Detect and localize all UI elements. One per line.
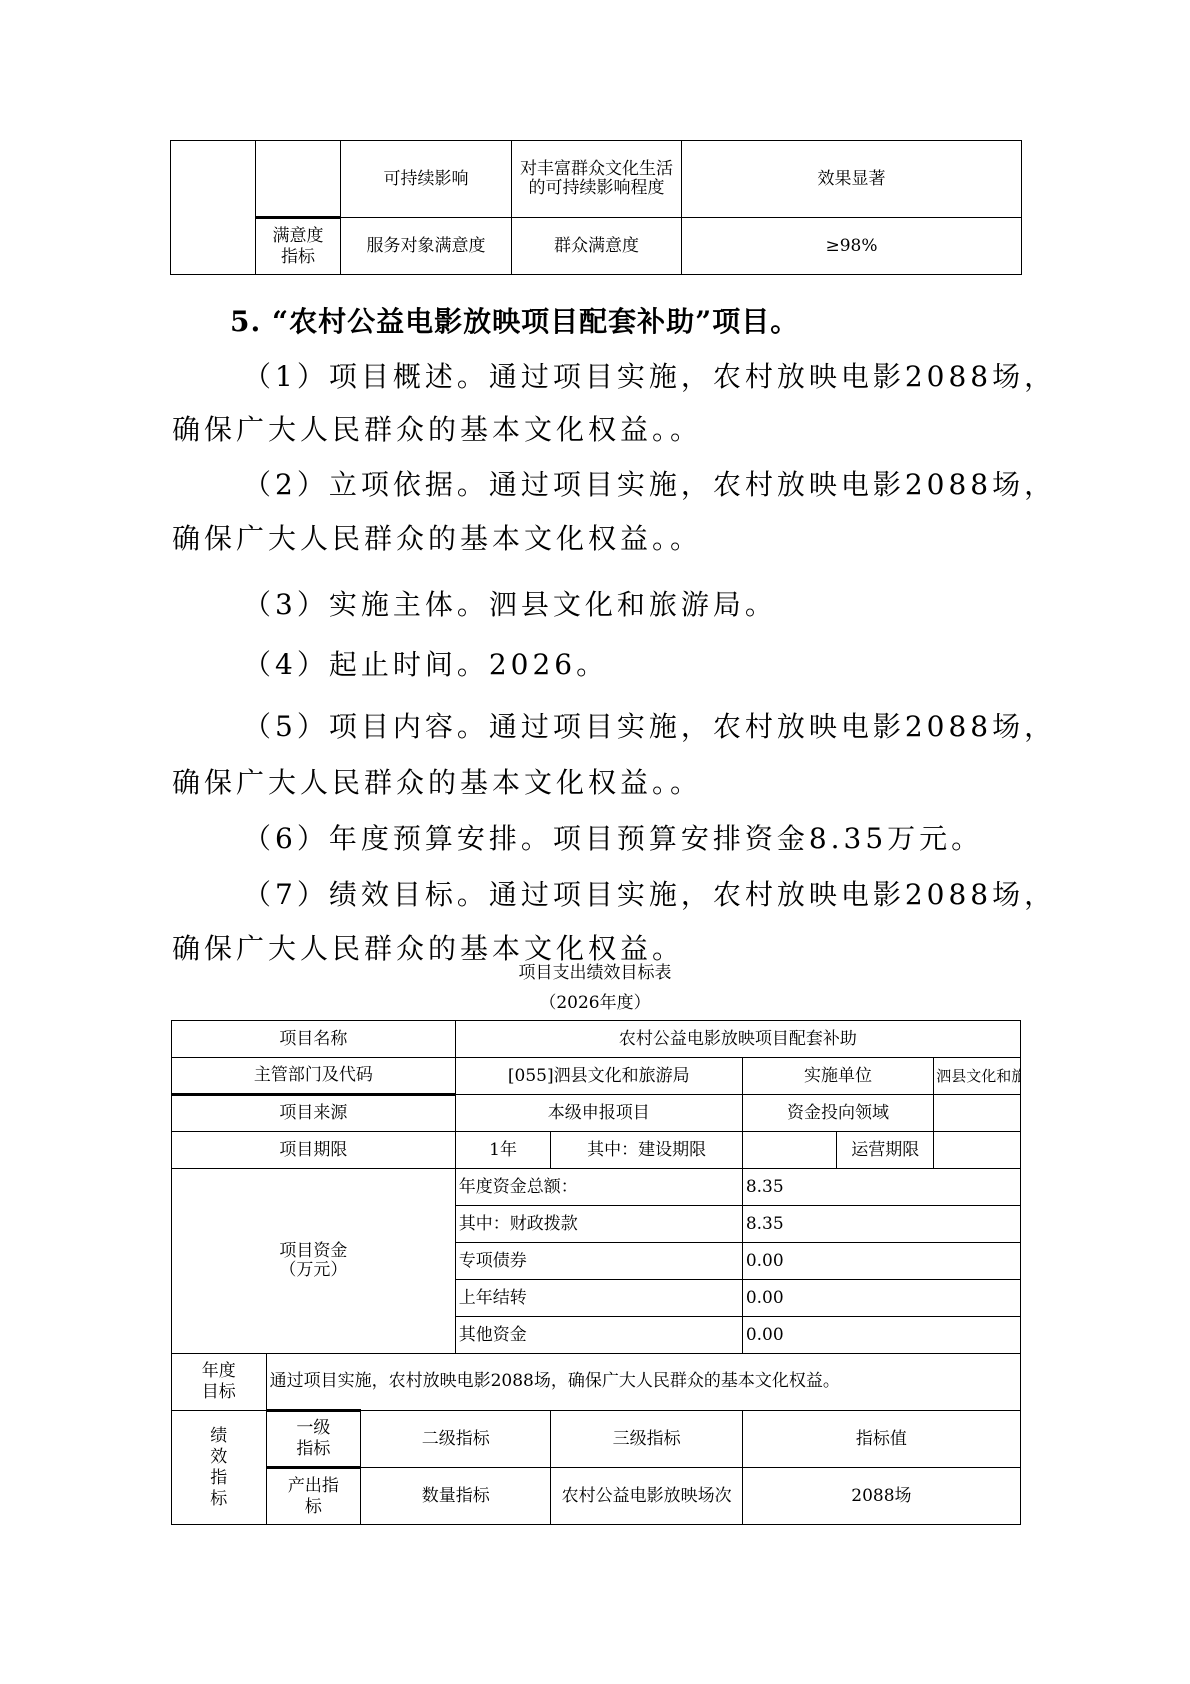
department-label: 主管部门及代码 <box>172 1058 456 1095</box>
investment-area-label: 资金投向领域 <box>742 1095 933 1132</box>
paragraph-2-line1: （2）立项依据。通过项目实施，农村放映电影2088场， <box>243 468 1056 502</box>
paragraph-3: （3）实施主体。泗县文化和旅游局。 <box>243 588 777 622</box>
level3-cell: 农村公益电影放映场次 <box>551 1468 742 1525</box>
paragraph-5-line2: 确保广大人民群众的基本文化权益。。 <box>172 766 702 800</box>
construction-period-label: 其中：建设期限 <box>551 1132 742 1169</box>
paragraph-7-line1: （7）绩效目标。通过项目实施，农村放映电影2088场， <box>243 878 1056 912</box>
paragraph-1-line1: （1）项目概述。通过项目实施，农村放映电影2088场， <box>243 360 1056 394</box>
fund-value: 0.00 <box>742 1243 1020 1280</box>
performance-indicators-label: 绩效指标 <box>172 1411 267 1525</box>
indicator-value-header: 指标值 <box>742 1411 1020 1468</box>
continued-indicator-table: 可持续影响 对丰富群众文化生活的可持续影响程度 效果显著 满意度指标 服务对象满… <box>170 140 1022 275</box>
level1-cell <box>256 141 341 218</box>
fund-label: 专项债券 <box>455 1243 742 1280</box>
table-subtitle: （2026年度） <box>170 988 1020 1013</box>
department-value: [055]泗县文化和旅游局 <box>455 1058 742 1095</box>
performance-target-table: 项目名称 农村公益电影放映项目配套补助 主管部门及代码 [055]泗县文化和旅游… <box>171 1020 1021 1525</box>
paragraph-4: （4）起止时间。2026。 <box>243 648 608 682</box>
project-funds-label: 项目资金（万元） <box>172 1169 456 1354</box>
level1-cell: 满意度指标 <box>256 218 341 275</box>
fund-value: 8.35 <box>742 1206 1020 1243</box>
annual-goal-label: 年度目标 <box>172 1354 267 1411</box>
project-period-label: 项目期限 <box>172 1132 456 1169</box>
level1-cell: 产出指标 <box>266 1468 361 1525</box>
level3-cell: 群众满意度 <box>512 218 682 275</box>
level2-header: 二级指标 <box>361 1411 551 1468</box>
paragraph-6: （6）年度预算安排。项目预算安排资金8.35万元。 <box>243 822 983 856</box>
level2-cell: 可持续影响 <box>341 141 512 218</box>
fund-label: 年度资金总额： <box>455 1169 742 1206</box>
investment-area-value <box>934 1095 1021 1132</box>
implementing-unit-label: 实施单位 <box>742 1058 933 1095</box>
table-title: 项目支出绩效目标表 <box>170 958 1020 983</box>
fund-value: 8.35 <box>742 1169 1020 1206</box>
level2-cell: 数量指标 <box>361 1468 551 1525</box>
project-period-value: 1年 <box>455 1132 551 1169</box>
paragraph-1-line2: 确保广大人民群众的基本文化权益。。 <box>172 413 702 447</box>
fund-value: 0.00 <box>742 1317 1020 1354</box>
paragraph-2-line2: 确保广大人民群众的基本文化权益。。 <box>172 522 702 556</box>
level3-header: 三级指标 <box>551 1411 742 1468</box>
project-source-label: 项目来源 <box>172 1095 456 1132</box>
project-source-value: 本级申报项目 <box>455 1095 742 1132</box>
operation-period-label: 运营期限 <box>837 1132 934 1169</box>
paragraph-5-line1: （5）项目内容。通过项目实施，农村放映电影2088场， <box>243 710 1056 744</box>
indicator-value-cell: 2088场 <box>742 1468 1020 1525</box>
fund-value: 0.00 <box>742 1280 1020 1317</box>
level3-cell: 对丰富群众文化生活的可持续影响程度 <box>512 141 682 218</box>
level2-cell: 服务对象满意度 <box>341 218 512 275</box>
fund-label: 其他资金 <box>455 1317 742 1354</box>
construction-period-value <box>742 1132 837 1169</box>
project-name-label: 项目名称 <box>172 1021 456 1058</box>
fund-label: 上年结转 <box>455 1280 742 1317</box>
operation-period-value <box>934 1132 1021 1169</box>
implementing-unit-value: 泗县文化和旅游局 <box>934 1058 1021 1095</box>
indicator-value-cell: ≥98% <box>682 218 1022 275</box>
project-name-value: 农村公益电影放映项目配套补助 <box>455 1021 1020 1058</box>
level1-header: 一级指标 <box>266 1411 361 1468</box>
indicator-group-cell <box>171 141 256 275</box>
annual-goal-value: 通过项目实施，农村放映电影2088场，确保广大人民群众的基本文化权益。 <box>266 1354 1020 1411</box>
section-heading: 5. “农村公益电影放映项目配套补助”项目。 <box>230 305 799 339</box>
fund-label: 其中：财政拨款 <box>455 1206 742 1243</box>
indicator-value-cell: 效果显著 <box>682 141 1022 218</box>
